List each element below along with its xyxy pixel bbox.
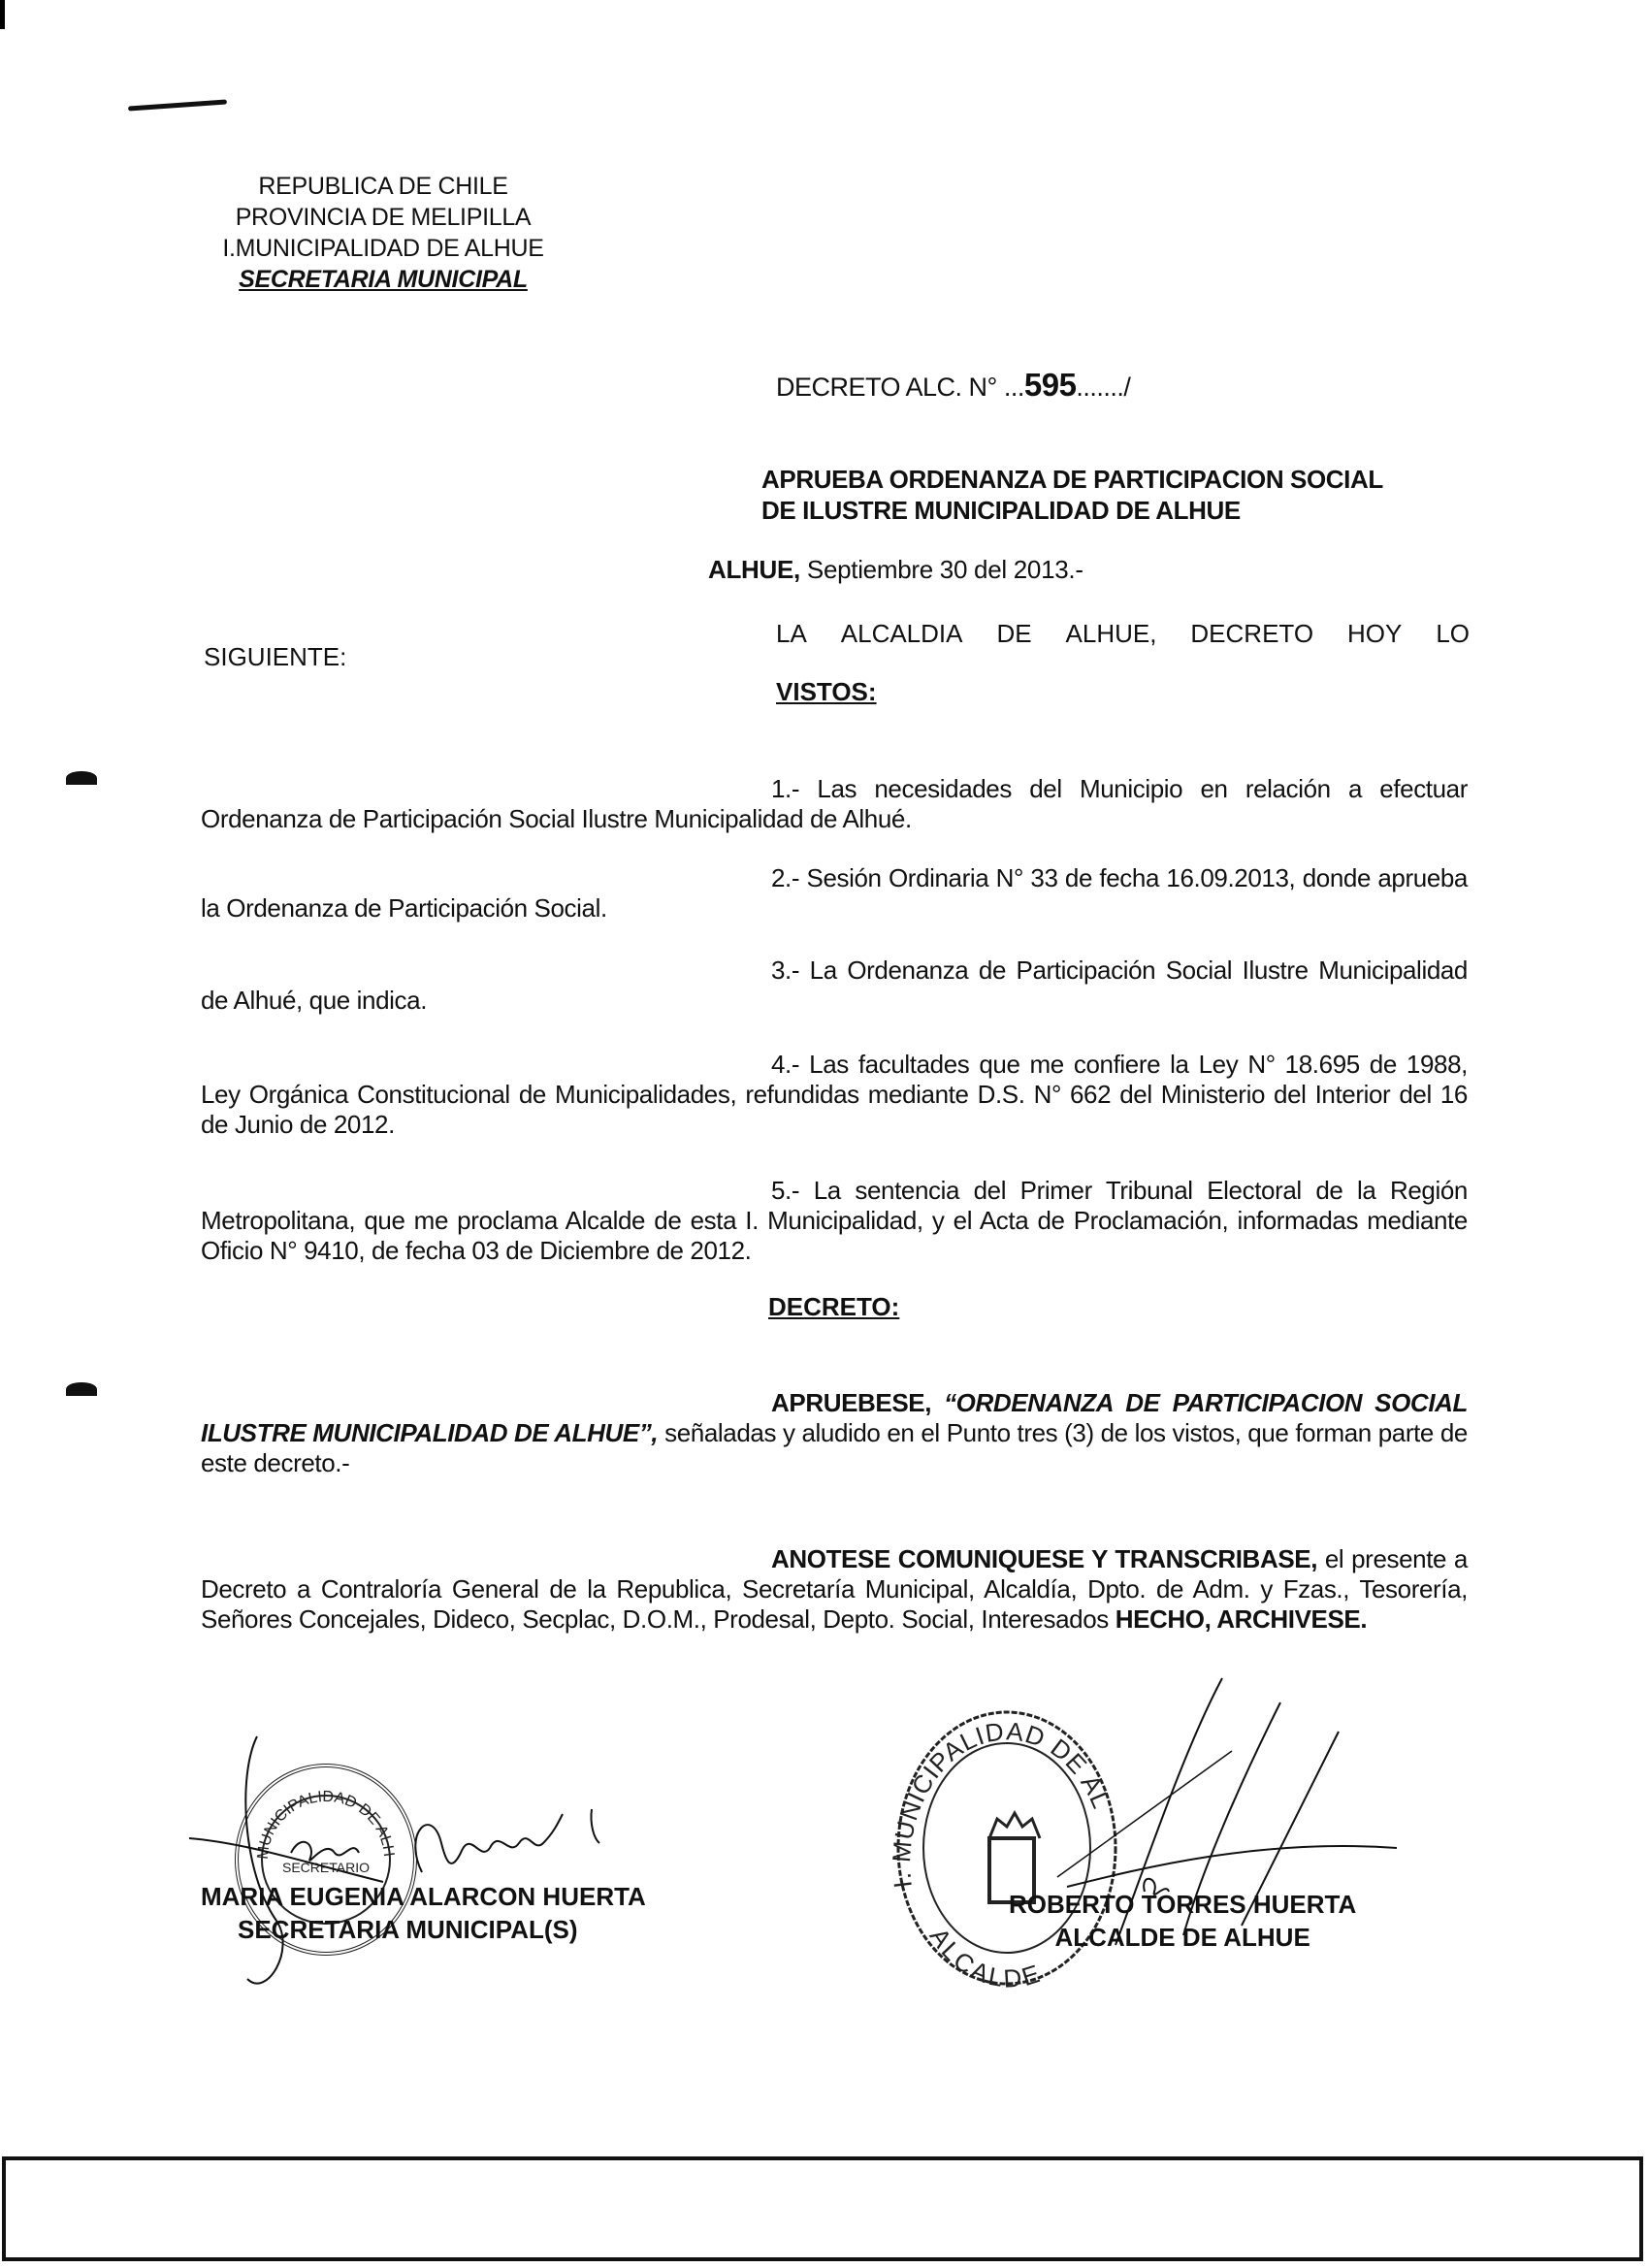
intro-word: LO (1436, 619, 1470, 649)
vistos-item-text: 2.- Sesión Ordinaria N° 33 de fecha 16.0… (201, 863, 1468, 923)
subject-line-1: APRUEBA ORDENANZA DE PARTICIPACION SOCIA… (761, 464, 1383, 495)
punch-hole-mark (66, 1382, 97, 1396)
dateline-date: Septiembre 30 del 2013.- (800, 555, 1083, 584)
intro-word: DE (996, 619, 1031, 649)
notification-clause: ANOTESE COMUNIQUESE Y TRANSCRIBASE, el p… (201, 1544, 1468, 1635)
vistos-item-3: 3.- La Ordenanza de Participación Social… (201, 956, 1468, 1016)
mayor-role: ALCALDE DE ALHUE (1009, 1921, 1356, 1954)
secretary-name: MARIA EUGENIA ALARCON HUERTA (201, 1880, 646, 1913)
decree-subject: APRUEBA ORDENANZA DE PARTICIPACION SOCIA… (761, 464, 1383, 526)
letterhead-country: REPUBLICA DE CHILE (194, 171, 572, 202)
intro-line: LA ALCALDIA DE ALHUE, DECRETO HOY LO (776, 619, 1470, 649)
letterhead: REPUBLICA DE CHILE PROVINCIA DE MELIPILL… (194, 171, 572, 295)
vistos-item-5: 5.- La sentencia del Primer Tribunal Ele… (201, 1176, 1468, 1266)
intro-word: LA (776, 619, 807, 649)
approval-lead: APRUEBESE, (771, 1388, 931, 1417)
letterhead-province: PROVINCIA DE MELIPILLA (194, 202, 572, 233)
intro-word: ALCALDIA (841, 619, 963, 649)
mayor-name: ROBERTO TORRES HUERTA (1009, 1888, 1356, 1921)
decree-suffix: ......./ (1076, 373, 1130, 402)
intro-continuation: SIGUIENTE: (204, 642, 346, 672)
vistos-item-4: 4.- Las facultades que me confiere la Le… (201, 1050, 1468, 1140)
subject-line-2: DE ILUSTRE MUNICIPALIDAD DE ALHUE (761, 495, 1383, 526)
intro-word: DECRETO (1190, 619, 1313, 649)
dateline-place: ALHUE, (708, 555, 800, 584)
decree-number-value: 595 (1024, 367, 1077, 403)
decreto-heading: DECRETO: (768, 1292, 899, 1322)
punch-hole-mark (66, 771, 97, 785)
mayor-signature-block: ROBERTO TORRES HUERTA ALCALDE DE ALHUE (1009, 1888, 1356, 1954)
svg-text:MUNICIPALIDAD DE ALHUE: MUNICIPALIDAD DE ALHUE (239, 1767, 397, 1860)
secretary-role: SECRETARIA MUNICIPAL(S) (201, 1913, 646, 1946)
decree-number: DECRETO ALC. N° ...595......./ (776, 367, 1130, 404)
dateline: ALHUE, Septiembre 30 del 2013.- (708, 555, 1083, 585)
vistos-item-text: 5.- La sentencia del Primer Tribunal Ele… (201, 1176, 1468, 1265)
pen-stroke-mark (128, 99, 227, 111)
approval-clause: APRUEBESE, “ORDENANZA DE PARTICIPACION S… (201, 1388, 1468, 1478)
letterhead-municipality: I.MUNICIPALIDAD DE ALHUE (194, 233, 572, 264)
notification-lead: ANOTESE COMUNIQUESE Y TRANSCRIBASE, (771, 1544, 1317, 1573)
vistos-item-text: 1.- Las necesidades del Municipio en rel… (201, 774, 1468, 833)
vistos-item-text: 4.- Las facultades que me confiere la Le… (201, 1050, 1468, 1139)
svg-text:SECRETARIO: SECRETARIO (282, 1860, 370, 1875)
decree-prefix: DECRETO ALC. N° ... (776, 373, 1024, 402)
vistos-item-1: 1.- Las necesidades del Municipio en rel… (201, 774, 1468, 834)
vistos-heading: VISTOS: (776, 677, 877, 707)
intro-word: ALHUE, (1066, 619, 1157, 649)
vistos-item-text: 3.- La Ordenanza de Participación Social… (201, 956, 1468, 1015)
intro-word: HOY (1347, 619, 1402, 649)
notification-end: HECHO, ARCHIVESE. (1115, 1604, 1368, 1634)
footer-box (2, 2156, 1643, 2261)
secretary-signature-block: MARIA EUGENIA ALARCON HUERTA SECRETARIA … (201, 1880, 646, 1946)
scan-edge-mark (0, 0, 5, 29)
vistos-item-2: 2.- Sesión Ordinaria N° 33 de fecha 16.0… (201, 863, 1468, 923)
letterhead-department: SECRETARIA MUNICIPAL (194, 264, 572, 295)
